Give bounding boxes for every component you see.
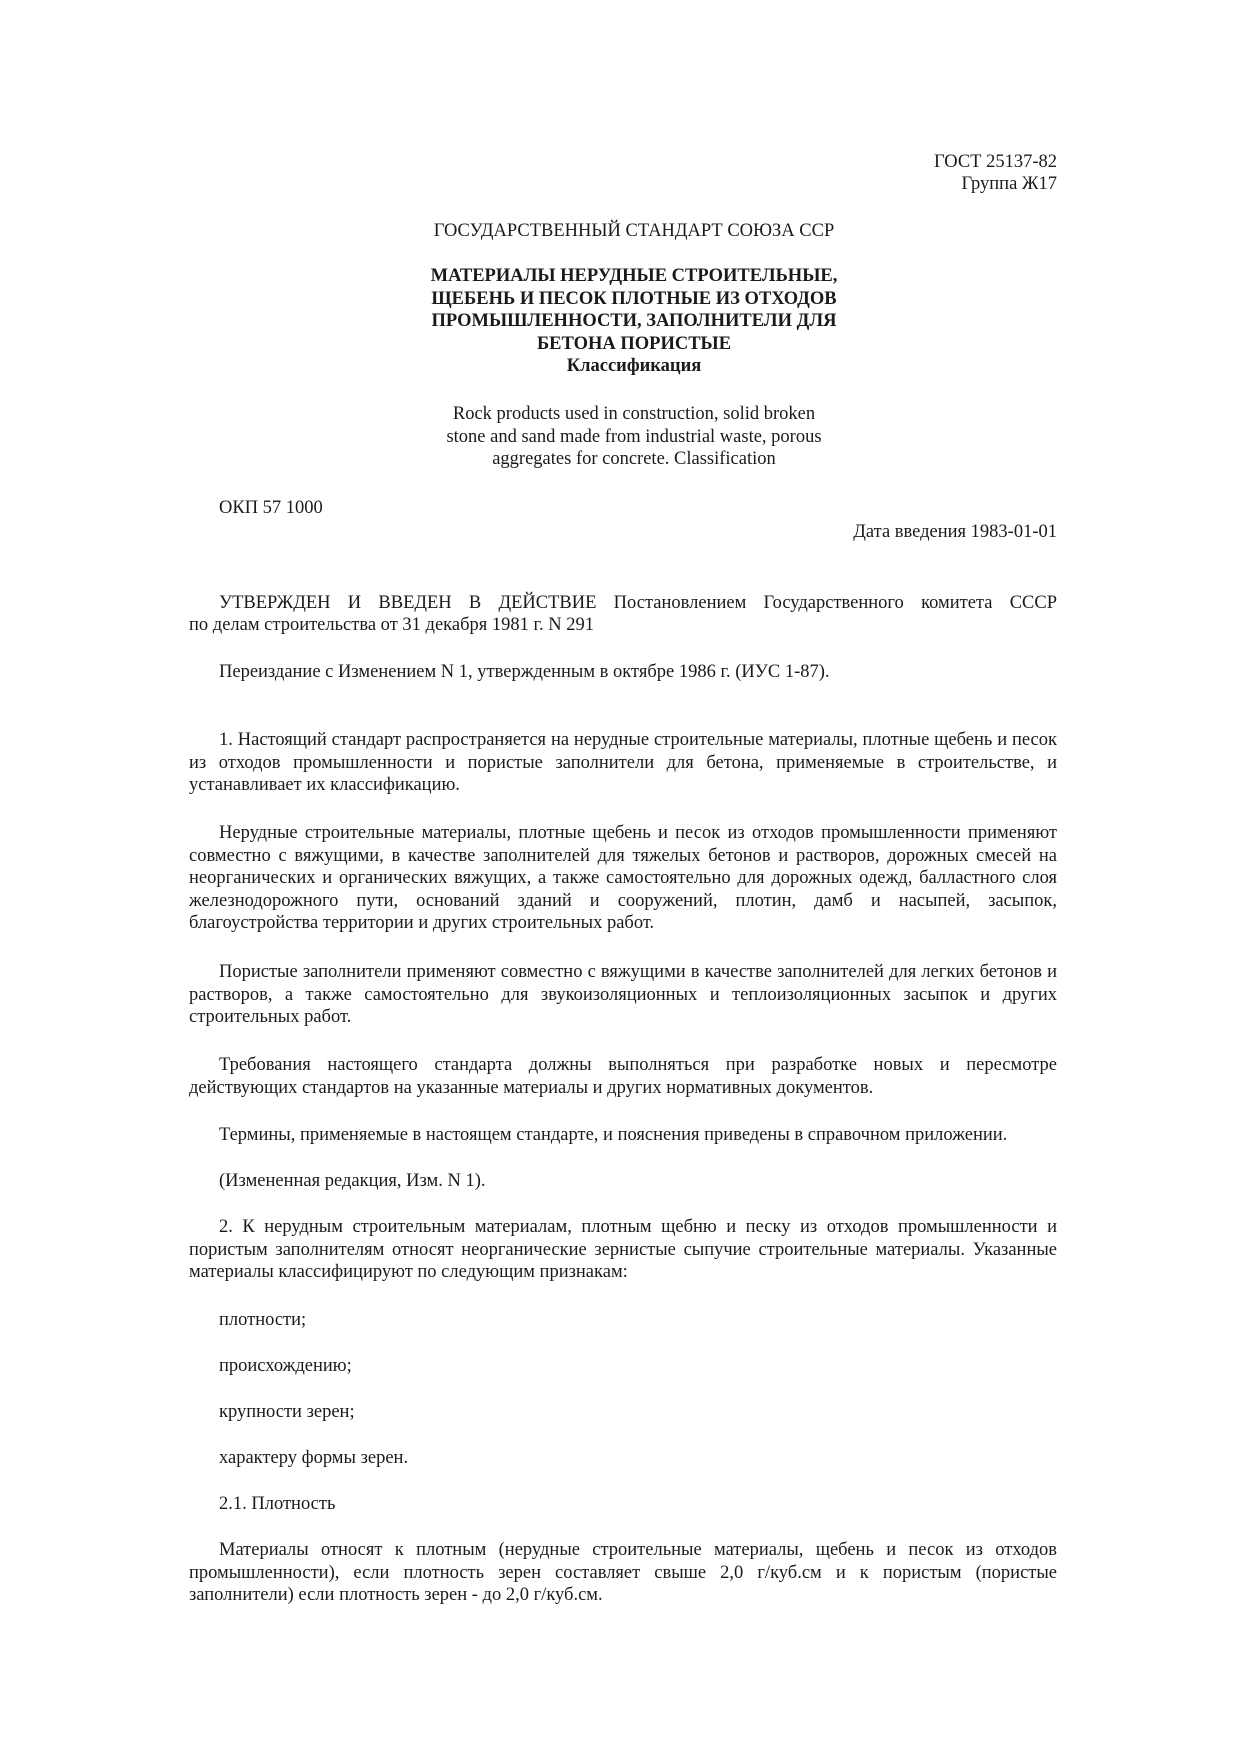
- document-title: МАТЕРИАЛЫ НЕРУДНЫЕ СТРОИТЕЛЬНЫЕ, ЩЕБЕНЬ …: [0, 265, 1240, 378]
- section-1-paragraph-4: Требования настоящего стандарта должны в…: [189, 1054, 1057, 1099]
- approval-line: по делам строительства от 31 декабря 198…: [189, 614, 1057, 637]
- section-2-paragraph-1: 2. К нерудным строительным материалам, п…: [189, 1216, 1057, 1284]
- effective-date: Дата введения 1983-01-01: [853, 521, 1057, 543]
- standard-heading: ГОСУДАРСТВЕННЫЙ СТАНДАРТ СОЮЗА ССР: [0, 220, 1240, 242]
- approval-statement: УТВЕРЖДЕН И ВВЕДЕН В ДЕЙСТВИЕ Постановле…: [189, 592, 1057, 637]
- english-title: Rock products used in construction, soli…: [0, 403, 1240, 471]
- criteria-item: происхождению;: [189, 1355, 1087, 1377]
- english-title-line: stone and sand made from industrial wast…: [0, 426, 1240, 449]
- title-line: МАТЕРИАЛЫ НЕРУДНЫЕ СТРОИТЕЛЬНЫЕ,: [0, 265, 1240, 288]
- gost-group: Группа Ж17: [962, 173, 1058, 195]
- title-line: ЩЕБЕНЬ И ПЕСОК ПЛОТНЫЕ ИЗ ОТХОДОВ: [0, 288, 1240, 311]
- english-title-line: aggregates for concrete. Classification: [0, 448, 1240, 471]
- approval-line: УТВЕРЖДЕН И ВВЕДЕН В ДЕЙСТВИЕ Постановле…: [189, 592, 1057, 614]
- section-1-paragraph-2: Нерудные строительные материалы, плотные…: [189, 822, 1057, 935]
- document-page: ГОСТ 25137-82 Группа Ж17 ГОСУДАРСТВЕННЫЙ…: [0, 0, 1240, 1755]
- section-1-paragraph-3: Пористые заполнители применяют совместно…: [189, 961, 1057, 1029]
- gost-number: ГОСТ 25137-82: [934, 151, 1057, 173]
- section-2-1-heading: 2.1. Плотность: [189, 1493, 1087, 1515]
- amendment-note: (Измененная редакция, Изм. N 1).: [189, 1170, 1087, 1192]
- okp-code: ОКП 57 1000: [219, 497, 323, 519]
- section-2-1-paragraph: Материалы относят к плотным (нерудные ст…: [189, 1539, 1057, 1607]
- section-1-paragraph-1: 1. Настоящий стандарт распространяется н…: [189, 729, 1057, 797]
- title-line: ПРОМЫШЛЕННОСТИ, ЗАПОЛНИТЕЛИ ДЛЯ: [0, 310, 1240, 333]
- title-line: БЕТОНА ПОРИСТЫЕ: [0, 333, 1240, 356]
- english-title-line: Rock products used in construction, soli…: [0, 403, 1240, 426]
- criteria-item: характеру формы зерен.: [189, 1447, 1087, 1469]
- reissue-note: Переиздание с Изменением N 1, утвержденн…: [189, 661, 1087, 683]
- criteria-item: плотности;: [189, 1309, 1087, 1331]
- section-1-paragraph-5: Термины, применяемые в настоящем стандар…: [189, 1124, 1057, 1147]
- title-subtitle: Классификация: [0, 355, 1240, 378]
- criteria-item: крупности зерен;: [189, 1401, 1087, 1423]
